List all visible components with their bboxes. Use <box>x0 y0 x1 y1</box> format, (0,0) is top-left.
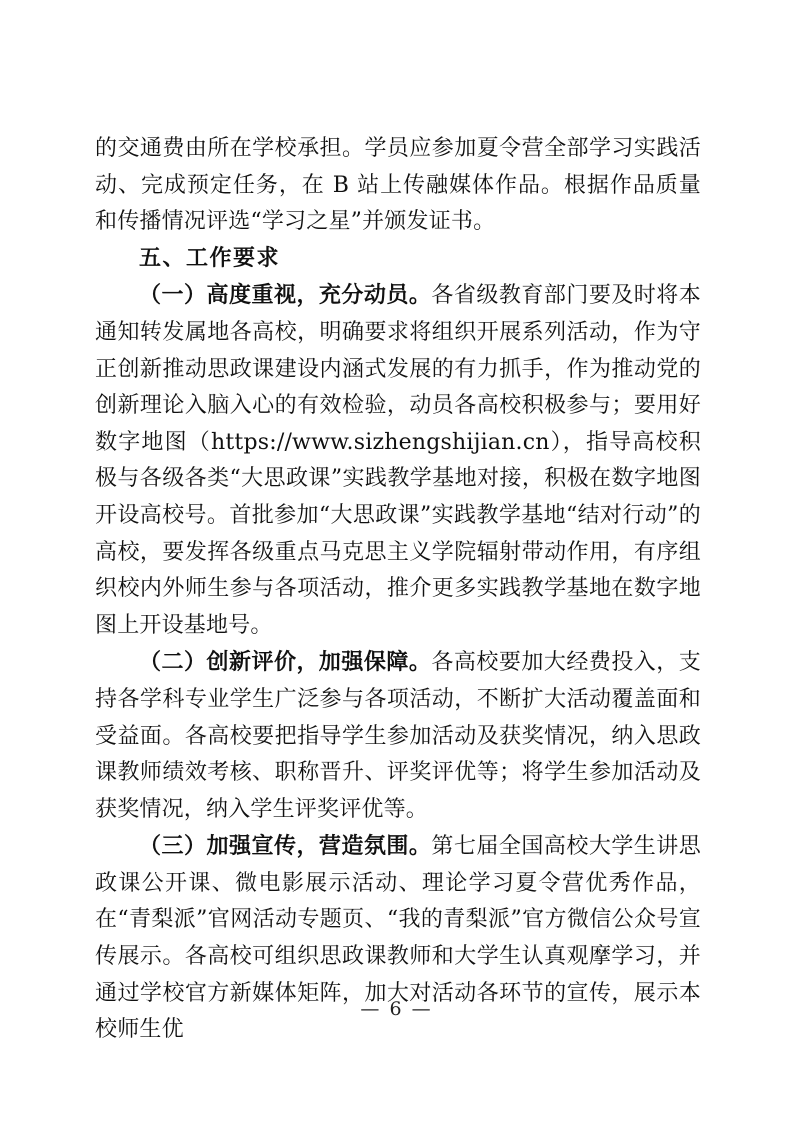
paragraph-section-1: （一）高度重视，充分动员。各省级教育部门要及时将本通知转发属地各高校，明确要求将… <box>95 277 701 644</box>
continuation-paragraph: 的交通费由所在学校承担。学员应参加夏令营全部学习实践活动、完成预定任务，在 B … <box>95 131 701 241</box>
document-page: 的交通费由所在学校承担。学员应参加夏令营全部学习实践活动、完成预定任务，在 B … <box>0 0 793 1122</box>
paragraph-section-2-lead: （二）创新评价，加强保障。 <box>139 649 431 675</box>
page-number: — 6 — <box>0 998 793 1020</box>
paragraph-section-3-lead: （三）加强宣传，营造氛围。 <box>139 833 431 859</box>
paragraph-section-1-body: 各省级教育部门要及时将本通知转发属地各高校，明确要求将组织开展系列活动，作为守正… <box>95 283 701 637</box>
document-body: 的交通费由所在学校承担。学员应参加夏令营全部学习实践活动、完成预定任务，在 B … <box>95 131 701 1049</box>
section-heading-work-requirements: 五、工作要求 <box>95 241 701 278</box>
paragraph-section-2-body: 各高校要加大经费投入，支持各学科专业学生广泛参与各项活动，不断扩大活动覆盖面和受… <box>95 650 701 821</box>
paragraph-section-1-lead: （一）高度重视，充分动员。 <box>139 282 431 308</box>
paragraph-section-2: （二）创新评价，加强保障。各高校要加大经费投入，支持各学科专业学生广泛参与各项活… <box>95 644 701 828</box>
